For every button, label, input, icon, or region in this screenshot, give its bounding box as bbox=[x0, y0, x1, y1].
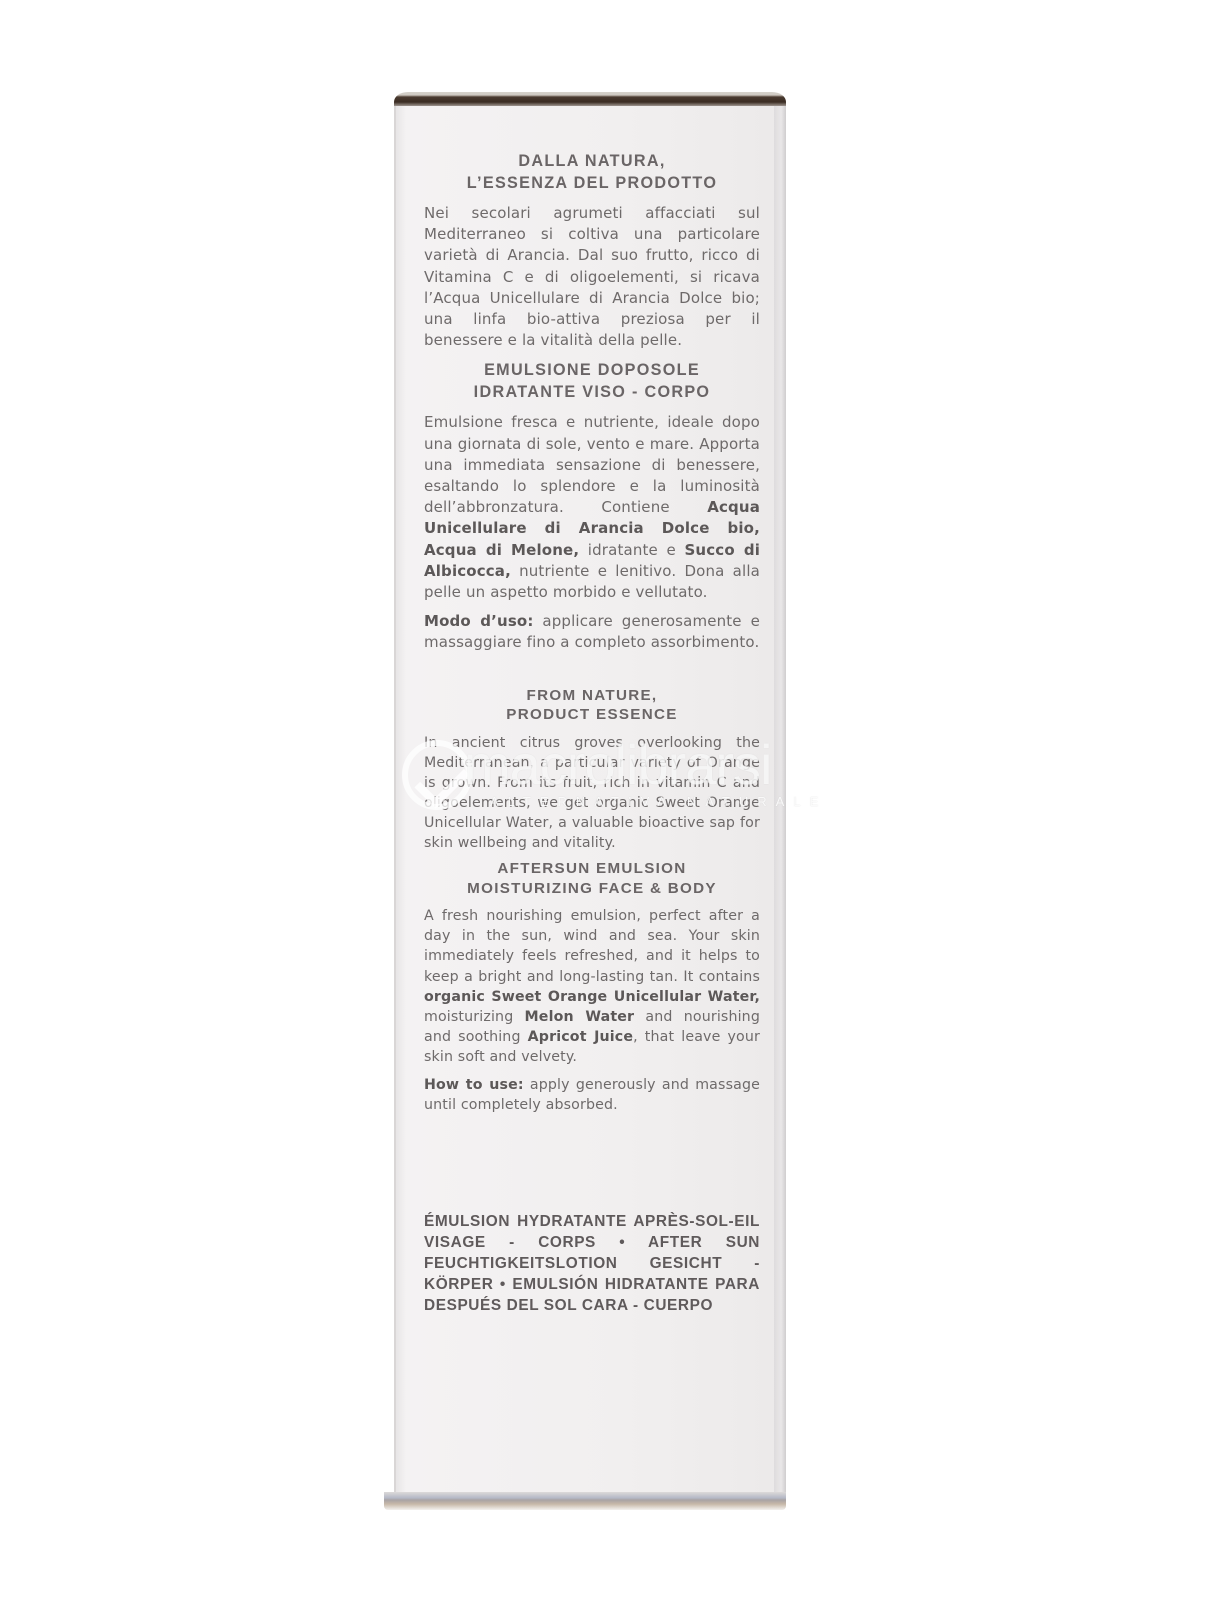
english-section: FROM NATURE, PRODUCT ESSENCE In ancient … bbox=[424, 686, 760, 1116]
usage-en: How to use: apply generously and massage… bbox=[424, 1075, 760, 1115]
box-bottom-edge bbox=[384, 1492, 786, 1510]
label-text: DALLA NATURA, L’ESSENZA DEL PRODOTTO Nei… bbox=[424, 150, 760, 1316]
usage-it: Modo d’uso: applicare generosamente e ma… bbox=[424, 611, 760, 653]
heading-dalla-natura: DALLA NATURA, L’ESSENZA DEL PRODOTTO bbox=[424, 150, 760, 194]
italian-section: DALLA NATURA, L’ESSENZA DEL PRODOTTO Nei… bbox=[424, 150, 760, 654]
box-right-edge bbox=[774, 106, 786, 1502]
paragraph-description-en: A fresh nourishing emulsion, perfect aft… bbox=[424, 906, 760, 1067]
usage-label: How to use: bbox=[424, 1077, 524, 1093]
heading-from-nature: FROM NATURE, PRODUCT ESSENCE bbox=[424, 686, 760, 725]
paragraph-essence-en: In ancient citrus groves overlooking the… bbox=[424, 733, 760, 854]
paragraph-description-it: Emulsione fresca e nutriente, ideale dop… bbox=[424, 412, 760, 603]
heading-emulsione-doposole: EMULSIONE DOPOSOLE IDRATANTE VISO - CORP… bbox=[424, 359, 760, 403]
usage-label: Modo d’uso: bbox=[424, 612, 534, 630]
heading-aftersun-emulsion: AFTERSUN EMULSION MOISTURIZING FACE & BO… bbox=[424, 859, 760, 898]
multilingual-product-names: ÉMULSION HYDRATANTE APRÈS-SOL-EIL VISAGE… bbox=[424, 1211, 760, 1316]
paragraph-essence-it: Nei secolari agrumeti affacciati sul Med… bbox=[424, 203, 760, 351]
